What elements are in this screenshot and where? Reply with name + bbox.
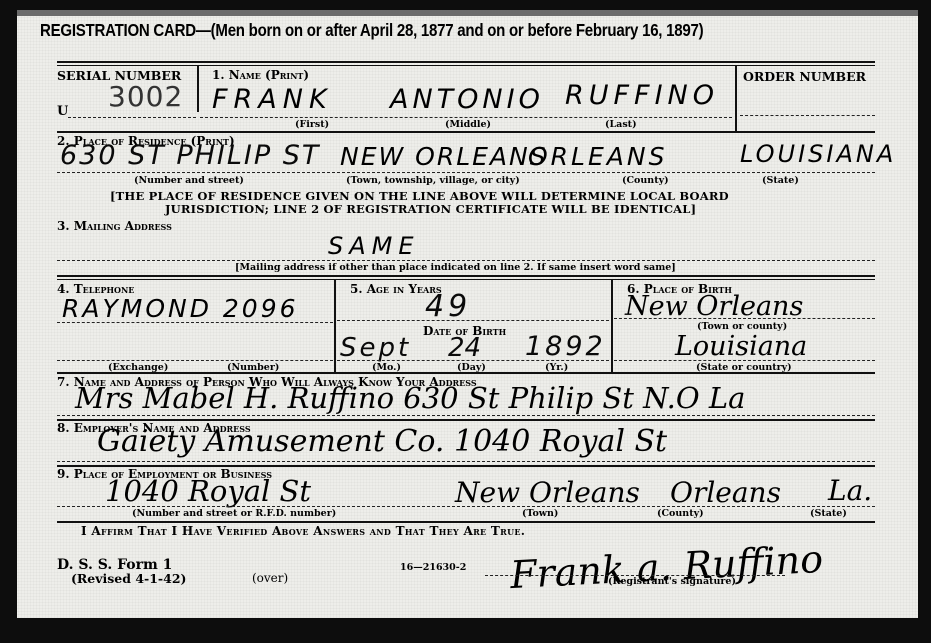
residence-notice-line1: [THE PLACE OF RESIDENCE GIVEN ON THE LIN…: [110, 189, 729, 203]
age-value: 49: [425, 289, 471, 324]
serial-underline: [68, 117, 196, 118]
name-first-caption: (First): [295, 119, 329, 130]
name-last-caption: (Last): [605, 119, 637, 130]
name-first: FRANK: [212, 84, 333, 115]
residence-county-caption: (County): [622, 175, 669, 186]
residence-town-caption: (Town, township, village, or city): [346, 175, 520, 186]
telephone-divider: [334, 280, 336, 372]
mailing-address-value: SAME: [328, 232, 420, 260]
employment-town-caption: (Town): [522, 508, 558, 519]
residence-county: ORLEANS: [528, 142, 667, 171]
residence-state: LOUISIANA: [740, 140, 896, 168]
telephone-value: RAYMOND 2096: [62, 294, 299, 323]
form-revised: (Revised 4-1-42): [71, 571, 186, 586]
residence-town: NEW ORLEANS: [340, 142, 548, 171]
employment-underline: [57, 506, 875, 507]
section-rule-6: [57, 521, 875, 523]
over-note: (over): [252, 571, 288, 585]
order-divider: [735, 66, 737, 132]
order-number-field: [740, 115, 875, 116]
employment-county-caption: (County): [657, 508, 704, 519]
print-code: 16—21630-2: [400, 562, 466, 573]
mailing-underline: [57, 260, 875, 261]
residence-street: 630 ST PHILIP ST: [60, 140, 320, 171]
residence-notice-line2: JURISDICTION; LINE 2 OF REGISTRATION CER…: [165, 202, 696, 216]
dob-day: 24: [448, 333, 481, 363]
age-underline: [337, 320, 609, 321]
dob-month: Sept: [340, 333, 411, 363]
card-title: REGISTRATION CARD—(Men born on or after …: [40, 20, 703, 41]
serial-divider: [197, 66, 199, 112]
section-rule-3: [57, 372, 875, 374]
contact-value: Mrs Mabel H. Ruffino 630 St Philip St N.…: [75, 381, 745, 415]
residence-street-caption: (Number and street): [134, 175, 244, 186]
telephone-underline-2: [57, 360, 333, 361]
telephone-underline-1: [57, 322, 333, 323]
birthplace-state: Louisiana: [675, 331, 807, 362]
dob-underline: [337, 360, 609, 361]
name-underline: [200, 117, 732, 118]
section-rule-2-thin: [57, 279, 875, 280]
affirmation-text: I Affirm That I Have Verified Above Answ…: [81, 524, 525, 538]
order-number-label: ORDER NUMBER: [743, 69, 866, 84]
employer-underline: [57, 461, 875, 462]
signature-caption: (Registrant's signature): [608, 576, 736, 587]
employment-street-caption: (Number and street or R.F.D. number): [132, 508, 336, 519]
title-rule: [57, 61, 875, 63]
section-rule-2: [57, 275, 875, 277]
section-rule-1: [57, 131, 875, 133]
name-middle-caption: (Middle): [445, 119, 491, 130]
serial-prefix: U: [57, 104, 68, 119]
employment-town: New Orleans: [455, 476, 640, 509]
employment-street: 1040 Royal St: [105, 474, 311, 508]
residence-underline: [57, 172, 875, 173]
birthplace-state-underline: [614, 360, 875, 361]
title-rule-thin: [57, 65, 875, 66]
mailing-address-label: 3. Mailing Address: [57, 219, 172, 233]
employment-state: La.: [828, 474, 872, 507]
employer-value: Gaiety Amusement Co. 1040 Royal St: [97, 424, 667, 459]
employment-state-caption: (State): [810, 508, 847, 519]
name-label: 1. Name (Print): [212, 68, 309, 82]
name-last: RUFFINO: [565, 80, 719, 111]
name-middle: ANTONIO: [390, 84, 544, 115]
age-divider: [611, 280, 613, 372]
birthplace-town-underline: [614, 318, 875, 319]
dob-year: 1892: [525, 331, 606, 362]
serial-number-value: 3002: [108, 80, 183, 113]
contact-underline: [57, 415, 875, 416]
residence-state-caption: (State): [762, 175, 799, 186]
employment-county: Orleans: [670, 476, 781, 509]
mailing-caption: [Mailing address if other than place ind…: [235, 262, 676, 273]
